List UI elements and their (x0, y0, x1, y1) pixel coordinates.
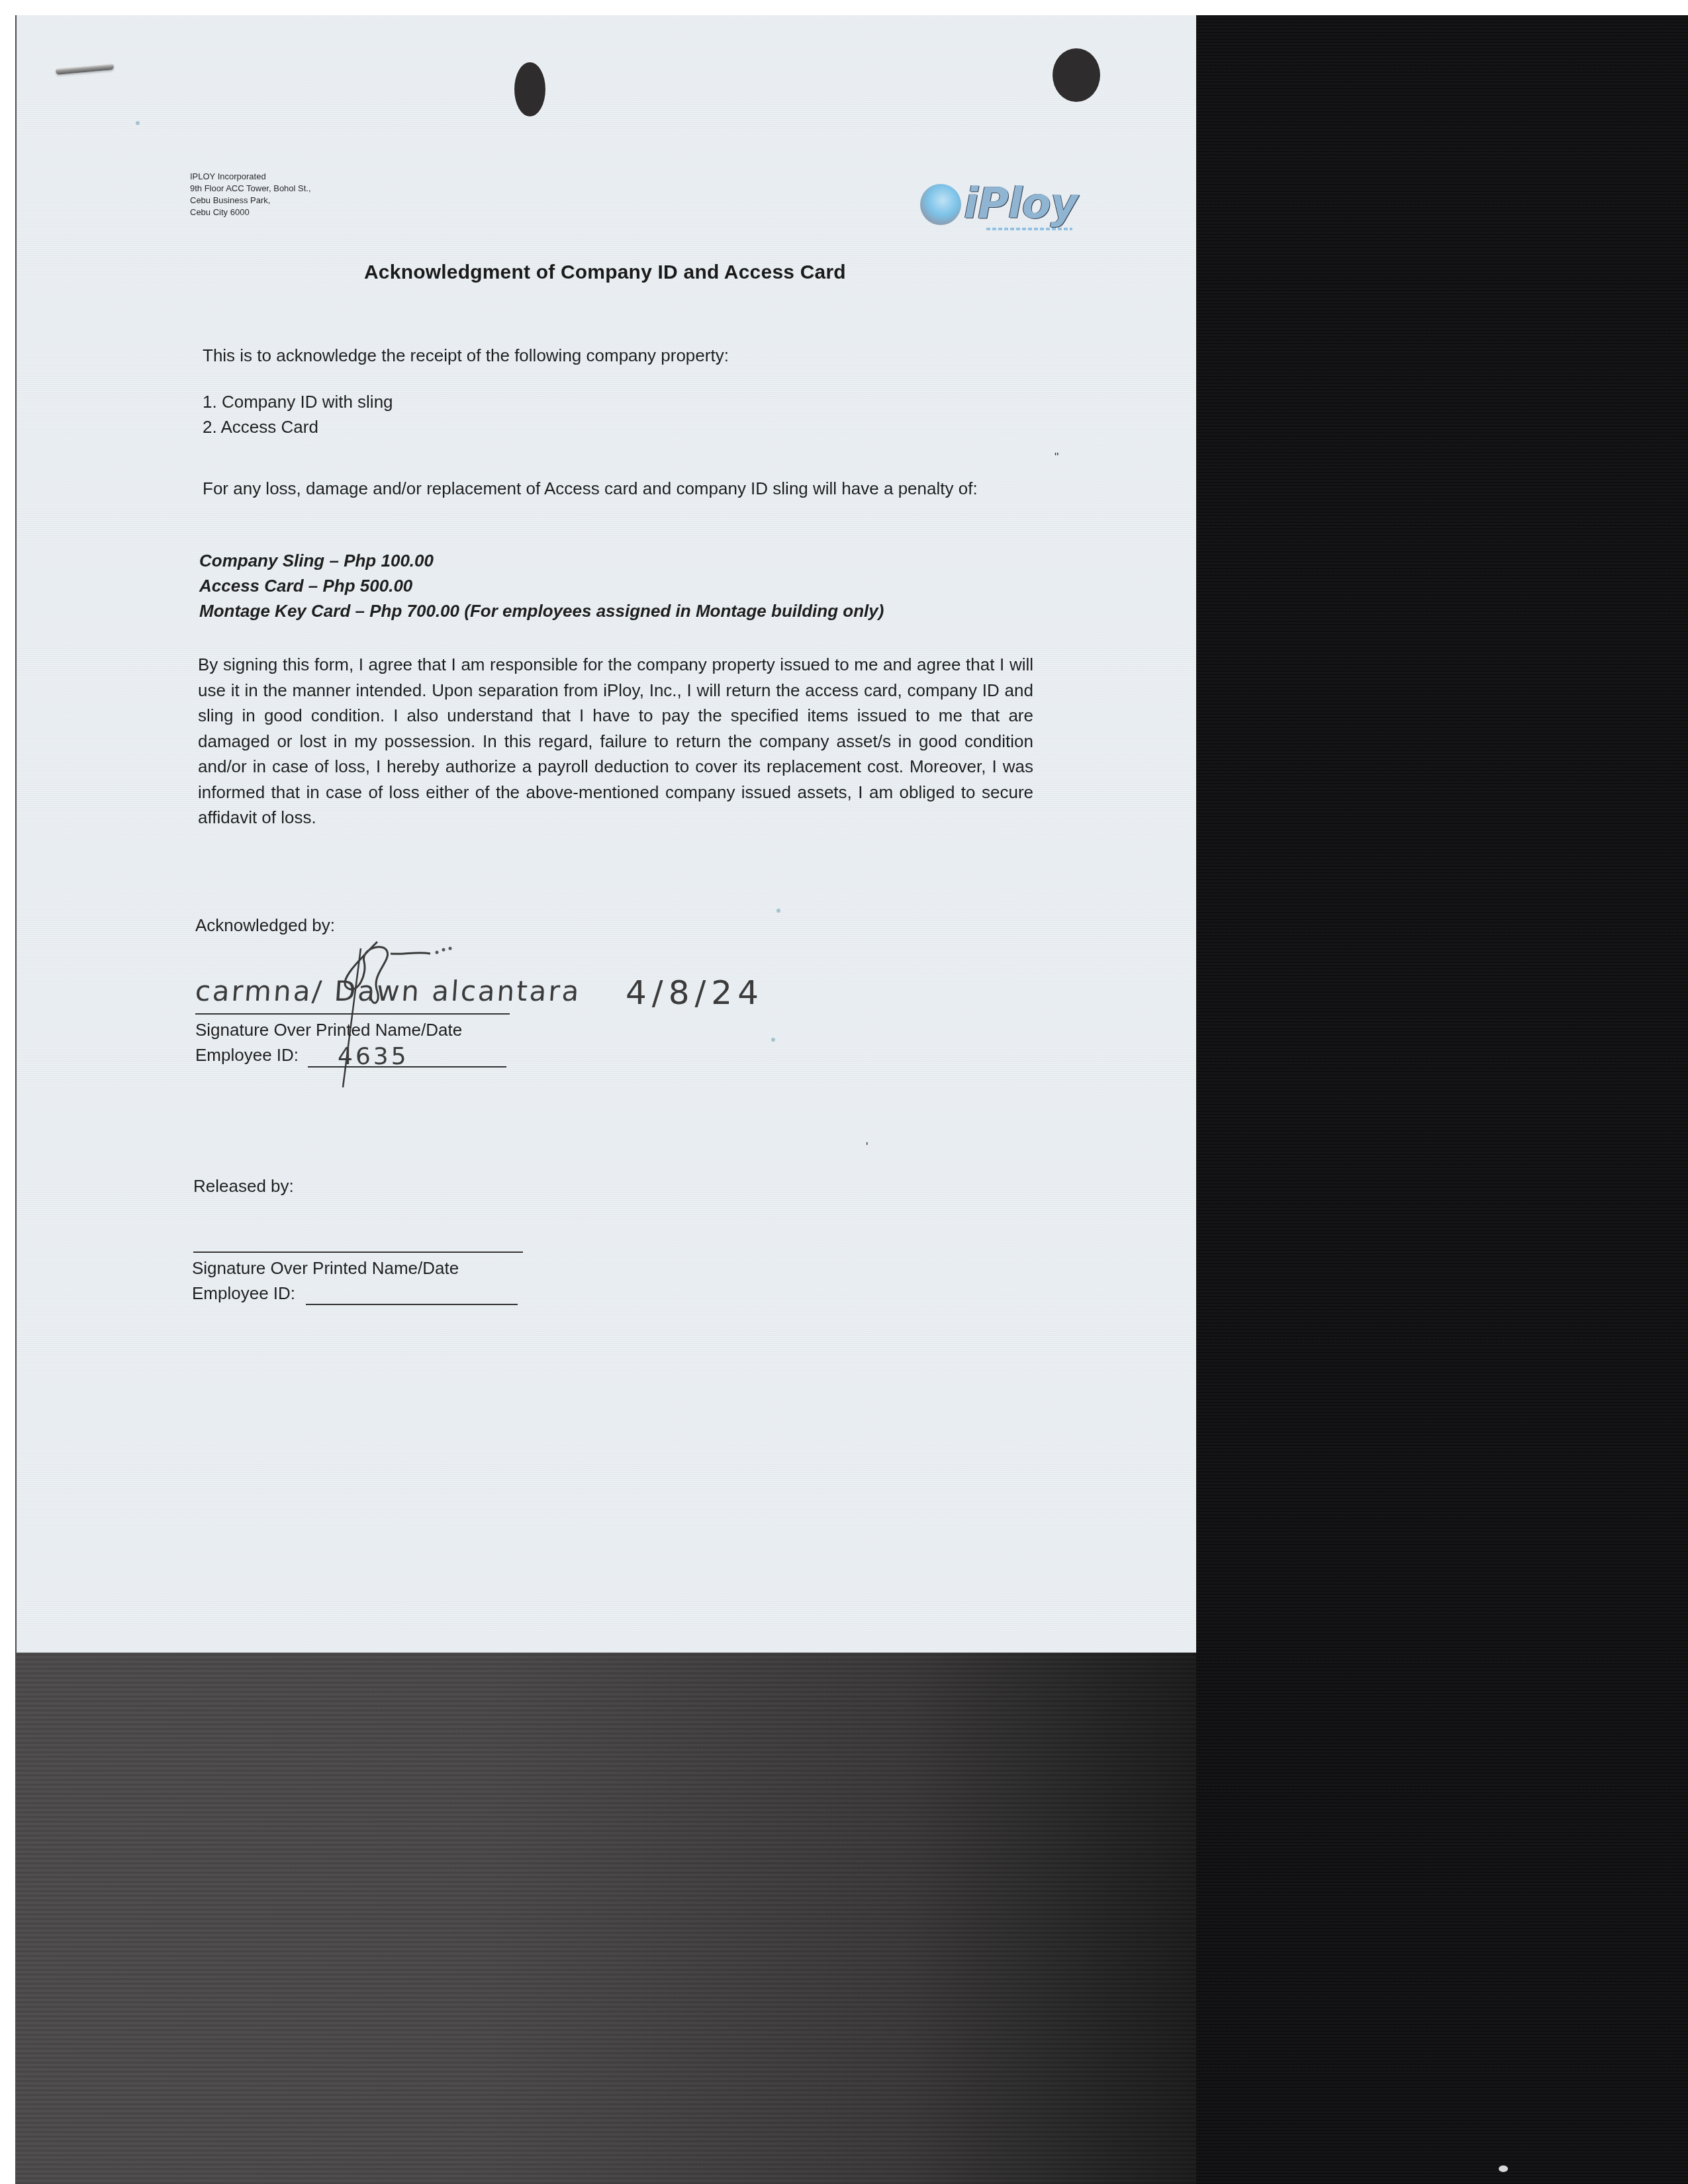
released-signature-block: Signature Over Printed Name/Date Employe… (192, 1206, 589, 1319)
logo-tagline (986, 228, 1072, 230)
address-line: 9th Floor ACC Tower, Bohol St., (190, 183, 311, 195)
penalty-item: Montage Key Card – Php 700.00 (For emplo… (199, 598, 884, 623)
released-by-label: Released by: (193, 1173, 294, 1199)
punch-hole-icon (1053, 48, 1100, 102)
punch-hole-icon (514, 62, 545, 116)
company-logo: iPloy (914, 177, 1086, 237)
ink-speck (776, 909, 780, 913)
stray-mark: " (1055, 451, 1058, 465)
penalty-item: Company Sling – Php 100.00 (199, 548, 884, 573)
employee-id-line (308, 1066, 506, 1068)
intro-paragraph: This is to acknowledge the receipt of th… (203, 343, 729, 368)
penalty-intro-paragraph: For any loss, damage and/or replacement … (203, 476, 1043, 501)
penalty-list: Company Sling – Php 100.00 Access Card –… (199, 548, 884, 623)
signature-caption: Signature Over Printed Name/Date (195, 1017, 462, 1042)
handwritten-date: 4/8/24 (626, 974, 764, 1012)
staple-icon (56, 63, 115, 75)
globe-logo-icon (920, 184, 961, 225)
property-list: 1. Company ID with sling 2. Access Card (203, 389, 393, 439)
ink-speck (771, 1038, 775, 1042)
employee-id-label: Employee ID: (195, 1042, 299, 1068)
signature-line (195, 1013, 510, 1015)
acknowledged-signature-block: carmna/ Dawn alcantara 4/8/24 Signature … (195, 975, 725, 1107)
address-line: Cebu Business Park, (190, 195, 311, 206)
address-line: Cebu City 6000 (190, 206, 311, 218)
property-list-item: 2. Access Card (203, 414, 393, 439)
logo-wordmark: iPloy (964, 177, 1077, 230)
stray-mark: ' (866, 1140, 868, 1154)
company-name: IPLOY Incorporated (190, 171, 311, 183)
agreement-paragraph: By signing this form, I agree that I am … (198, 652, 1033, 831)
acknowledged-by-label: Acknowledged by: (195, 913, 335, 938)
signature-scribble (331, 935, 463, 1094)
property-list-item: 1. Company ID with sling (203, 389, 393, 414)
signature-caption: Signature Over Printed Name/Date (192, 1255, 459, 1281)
scanner-background-right (1196, 15, 1688, 2184)
handwritten-name: carmna/ Dawn alcantara (194, 975, 582, 1007)
letterhead-address: IPLOY Incorporated 9th Floor ACC Tower, … (190, 171, 311, 218)
penalty-item: Access Card – Php 500.00 (199, 573, 884, 598)
scanned-page: IPLOY Incorporated 9th Floor ACC Tower, … (17, 15, 1196, 1653)
scanner-background-bottom (15, 1653, 1196, 2184)
dust-speck (1499, 2165, 1508, 2172)
signature-line (193, 1251, 523, 1253)
employee-id-line (306, 1304, 518, 1305)
document-title: Acknowledgment of Company ID and Access … (364, 261, 846, 284)
employee-id-label: Employee ID: (192, 1281, 295, 1306)
ink-speck (136, 121, 140, 125)
